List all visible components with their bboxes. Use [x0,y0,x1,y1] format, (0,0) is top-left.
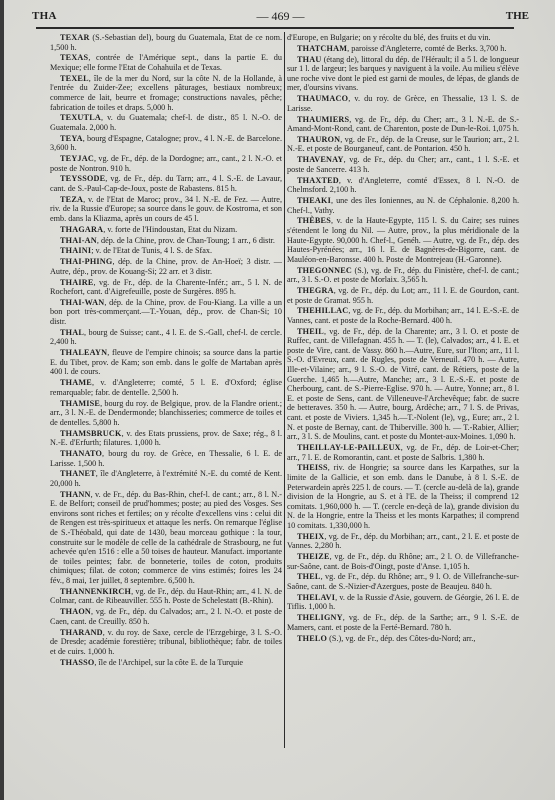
entry-text: , vg. de Fr., dép. de la Charente; arr.,… [287,327,519,442]
entry-text: , bourg de Suisse; cant., 4 l. E. de S.-… [50,328,282,347]
entry-text: d'Europe, en Bulgarie; on y récolte du b… [287,33,491,42]
entry-text: (S.), vg. de Fr., dép. des Côtes-du-Nord… [327,634,475,643]
entry-headword: TEXAS [60,53,88,62]
dictionary-entry: THEIL, vg. de Fr., dép. de la Charente; … [287,327,519,442]
entry-headword: THARAND [60,628,103,637]
column-divider [284,32,285,748]
dictionary-entry: THEIX, vg. de Fr., dép. du Morbihan; arr… [287,532,519,551]
entry-headword: THEIZE [297,552,330,561]
entry-headword: THALEAYN [60,348,107,357]
entry-headword: THEGRA [297,286,334,295]
entry-headword: TEXEL [60,74,89,83]
entry-headword: THAMSBRUCK [60,429,122,438]
dictionary-entry: TEYA, bourg d'Espagne, Catalogne; prov.,… [50,134,282,153]
entry-headword: TEYJAC [60,154,94,163]
entry-headword: THAINI [60,246,91,255]
entry-headword: TEXAR [60,33,90,42]
dictionary-entry: THANET, île d'Angleterre, à l'extrémité … [50,469,282,488]
entry-headword: THANNENKIRCH [60,587,131,596]
entry-text: (étang de), littoral du dép. de l'Héraul… [287,55,519,93]
dictionary-entry: THELO (S.), vg. de Fr., dép. des Côtes-d… [287,634,519,644]
dictionary-entry: TEXAR (S.-Sebastian del), bourg du Guate… [50,33,282,52]
dictionary-entry: THAL, bourg de Suisse; cant., 4 l. E. de… [50,328,282,347]
entry-headword: THAME [60,378,92,387]
entry-headword: THAIRE [60,278,94,287]
entry-headword: THEHILLAC [297,306,348,315]
dictionary-entry: THEIZE, vg. de Fr., dép. du Rhône; arr.,… [287,552,519,571]
dictionary-entry: THARAND, v. du roy. de Saxe, cercle de l… [50,628,282,657]
dictionary-entry: THANN, v. de Fr., dép. du Bas-Rhin, chef… [50,490,282,586]
dictionary-entry: THAME, v. d'Angleterre; comté, 5 l. E. d… [50,378,282,397]
entry-text: ; v. de l'Etat de Tunis, 4 l. S. de Sfax… [91,246,212,255]
dictionary-entry: THALEAYN, fleuve de l'empire chinois; sa… [50,348,282,377]
dictionary-entry: THAON, vg. de Fr., dép. du Calvados; arr… [50,607,282,626]
dictionary-entry: THAUMIERS, vg. de Fr., dép. du Cher; arr… [287,115,519,134]
entry-headword: THEISS [297,463,328,472]
dictionary-entry: TEXUTLA, v. du Guatemala; chef-l. de dis… [50,113,282,132]
entry-text: , bourg d'Espagne, Catalogne; prov., 4 l… [50,134,282,153]
entry-headword: THÈBES [297,216,331,225]
entry-headword: THAUMACO [297,94,348,103]
right-column: d'Europe, en Bulgarie; on y récolte du b… [287,33,519,644]
left-column: TEXAR (S.-Sebastian del), bourg du Guate… [50,33,282,668]
entry-headword: THAXTED [297,176,339,185]
entry-text: , île de l'Archipel, sur la côte E. de l… [94,658,243,667]
entry-headword: THAGARA [60,225,103,234]
dictionary-entry: TEZA, v. de l'Etat de Maroc; prov., 34 l… [50,195,282,224]
right-guide-word: THE [506,10,529,22]
dictionary-entry: THAINI; v. de l'Etat de Tunis, 4 l. S. d… [50,246,282,256]
dictionary-entry: THAXTED, v. d'Angleterre, comté d'Essex,… [287,176,519,195]
dictionary-entry: TEXAS, contrée de l'Amérique sept., dans… [50,53,282,72]
entry-headword: THATCHAM [297,44,347,53]
dictionary-entry: THAI-PHING, dép. de la Chine, prov. de A… [50,257,282,276]
dictionary-entry: THELAVI, v. de la Russie d'Asie, gouvern… [287,593,519,612]
dictionary-entry: THAU (étang de), littoral du dép. de l'H… [287,55,519,93]
dictionary-entry: TEYJAC, vg. de Fr., dép. de la Dordogne;… [50,154,282,173]
entry-headword: THAI-AN [60,236,97,245]
dictionary-entry: THAMSBRUCK, v. des Etats prussiens, prov… [50,429,282,448]
entry-headword: THELO [297,634,327,643]
entry-headword: THAMISE [60,399,100,408]
entry-headword: THAU [297,55,321,64]
dictionary-entry: THÈBES, v. de la Haute-Egypte, 115 l. S.… [287,216,519,264]
dictionary-entry: THAURON, vg. de Fr., dép. de la Creuse, … [287,135,519,154]
dictionary-entry: THEILLAY-LE-PAILLEUX, vg. de Fr., dép. d… [287,443,519,462]
entry-headword: TEXUTLA [60,113,101,122]
entry-headword: TEZA [60,195,83,204]
dictionary-entry: THEGONNEC (S.), vg. de Fr., dép. du Fini… [287,266,519,285]
dictionary-entry: TEYSSODE, vg. de Fr., dép. du Tarn; arr.… [50,174,282,193]
dictionary-entry: THEHILLAC, vg. de Fr., dép. du Morbihan;… [287,306,519,325]
dictionary-entry: THEAKI, une des îles Ioniennes, au N. de… [287,196,519,215]
dictionary-entry: THAGARA, v. forte de l'Hindoustan, Etat … [50,225,282,235]
entry-text: , riv. de Hongrie; sa source dans les Ka… [287,463,519,530]
entry-headword: THAL [60,328,84,337]
entry-text: , v. de Fr., dép. du Bas-Rhin, chef-l. d… [50,490,282,585]
entry-headword: THEIL [297,327,324,336]
scanned-page: THA — 469 — THE TEXAR (S.-Sebastian del)… [0,0,555,800]
dictionary-entry: THANNENKIRCH, vg. de Fr., dép. du Haut-R… [50,587,282,606]
page-number: — 469 — [32,9,529,24]
page-binding-edge [0,0,4,800]
dictionary-entry: THAUMACO, v. du roy. de Grèce, en Thessa… [287,94,519,113]
entry-headword: THELIGNY [297,613,343,622]
entry-text: , v. forte de l'Hindoustan, Etat du Niza… [103,225,237,234]
dictionary-entry: THASSO, île de l'Archipel, sur la côte E… [50,658,282,668]
dictionary-entry: THANATO, bourg du roy. de Grèce, en Thes… [50,449,282,468]
entry-text: , dép. de la Chine, prov. de Chan-Toung;… [97,236,275,245]
entry-headword: THEL [297,572,321,581]
entry-headword: THAVENAY [297,155,344,164]
entry-headword: THANET [60,469,96,478]
entry-headword: THEILLAY-LE-PAILLEUX [297,443,401,452]
entry-headword: THANN [60,490,91,499]
dictionary-entry: THAI-AN, dép. de la Chine, prov. de Chan… [50,236,282,246]
dictionary-entry: TEXEL, île de la mer du Nord, sur la côt… [50,74,282,112]
entry-headword: THASSO [60,658,94,667]
entry-headword: THAI-WAN [60,298,104,307]
dictionary-entry: THEISS, riv. de Hongrie; sa source dans … [287,463,519,530]
dictionary-entry: THELIGNY, vg. de Fr., dép. de la Sarthe;… [287,613,519,632]
dictionary-entry: THAIRE, vg. de Fr., dép. de la Charente-… [50,278,282,297]
entry-headword: THAI-PHING [60,257,113,266]
entry-headword: THEIX [297,532,324,541]
header-rule [36,27,514,29]
dictionary-entry: THAI-WAN, dép. de la Chine, prov. de Fou… [50,298,282,327]
entry-headword: THAURON [297,135,340,144]
dictionary-entry: THEL, vg. de Fr., dép. du Rhône; arr., 9… [287,572,519,591]
dictionary-entry: d'Europe, en Bulgarie; on y récolte du b… [287,33,519,43]
entry-headword: THANATO [60,449,102,458]
entry-headword: TEYSSODE [60,174,105,183]
entry-headword: THAUMIERS [297,115,349,124]
entry-headword: TEYA [60,134,83,143]
dictionary-entry: THEGRA, vg. de Fr., dép. du Lot; arr., 1… [287,286,519,305]
dictionary-entry: THAMISE, bourg du roy. de Belgique, prov… [50,399,282,428]
entry-text: , vg. de Fr., dép. du Rhône; arr., 9 l. … [287,572,519,591]
entry-headword: THEGONNEC [297,266,352,275]
entry-text: , v. de l'Etat de Maroc; prov., 34 l. N.… [50,195,282,223]
entry-headword: THELAVI [297,593,335,602]
dictionary-entry: THATCHAM, paroisse d'Angleterre, comté d… [287,44,519,54]
entry-headword: THEAKI [297,196,331,205]
running-header: THA — 469 — THE [32,6,529,28]
dictionary-entry: THAVENAY, vg. de Fr., dép. du Cher; arr.… [287,155,519,174]
entry-text: , paroisse d'Angleterre, comté de Berks.… [347,44,506,53]
entry-headword: THAON [60,607,91,616]
